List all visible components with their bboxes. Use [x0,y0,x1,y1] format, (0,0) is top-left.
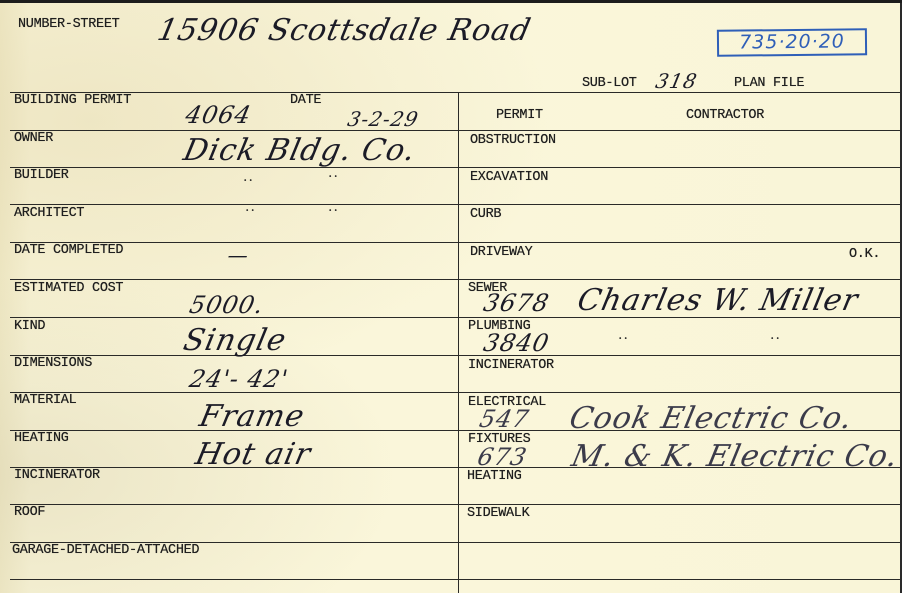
plumbing-ditto-1: ·· [618,331,629,347]
heating-value: Hot air [192,437,314,472]
plan-file-label: PLAN FILE [734,76,804,91]
dimensions-value: 24'- 42' [187,365,291,393]
roof-label: ROOF [14,505,45,520]
architect-ditto-2: ·· [328,203,339,219]
plumbing-ditto-2: ·· [770,331,781,347]
estimated-cost-label: ESTIMATED COST [14,281,123,296]
contractor-column-header: CONTRACTOR [686,108,764,123]
architect-ditto-1: ·· [245,203,256,219]
rule-line [10,279,900,280]
address-value: 15906 Scottsdale Road [154,13,534,48]
sub-lot-label: SUB-LOT [582,76,637,91]
plumbing-permit-number: 3840 [481,329,552,357]
permit-column-header: PERMIT [496,108,543,123]
sub-lot-value: 318 [653,69,699,93]
owner-label: OWNER [14,131,53,146]
rule-line [10,392,900,393]
date-completed-value: — [225,243,251,267]
date-label: DATE [290,93,321,108]
rule-line [10,242,900,243]
rule-line [10,167,900,168]
heating-label: HEATING [14,431,69,446]
plan-number-stamp: 735·20·20 [717,28,867,57]
building-permit-label: BUILDING PERMIT [14,93,131,108]
kind-value: Single [180,323,289,358]
driveway-label: DRIVEWAY [470,245,532,260]
sidewalk-label: SIDEWALK [467,506,529,521]
electrical-permit-number: 547 [477,405,532,433]
electrical-contractor: Cook Electric Co. [566,401,856,436]
curb-label: CURB [470,207,501,222]
sewer-permit-number: 3678 [481,289,552,317]
owner-value: Dick Bldg. Co. [180,133,419,168]
driveway-status: O.K. [849,247,880,262]
rule-line [10,355,900,356]
number-street-label: NUMBER-STREET [18,17,119,32]
architect-label: ARCHITECT [14,206,84,221]
garage-label: GARAGE-DETACHED-ATTACHED [12,543,199,558]
kind-label: KIND [14,319,45,334]
rule-line [10,504,900,505]
rule-line [10,92,900,93]
rule-line [10,130,900,131]
rule-line [10,204,900,205]
builder-ditto-2: ·· [328,169,339,185]
builder-label: BUILDER [14,168,69,183]
fixtures-contractor: M. & K. Electric Co. [568,439,901,474]
permit-card: NUMBER-STREET 15906 Scottsdale Road 735·… [0,0,902,593]
sewer-contractor: Charles W. Miller [574,283,861,318]
rule-line [10,579,900,580]
builder-ditto-1: ·· [243,173,254,189]
material-value: Frame [196,399,308,434]
incinerator-label: INCINERATOR [14,468,100,483]
dimensions-label: DIMENSIONS [14,356,92,371]
obstruction-label: OBSTRUCTION [470,133,556,148]
column-divider [458,92,459,593]
building-permit-value: 4064 [183,101,254,129]
incinerator-right-label: INCINERATOR [468,358,554,373]
fixtures-permit-number: 673 [475,443,530,471]
material-label: MATERIAL [14,393,76,408]
heating-right-label: HEATING [467,469,522,484]
date-value: 3-2-29 [345,107,421,131]
excavation-label: EXCAVATION [470,170,548,185]
estimated-cost-value: 5000. [187,291,267,319]
date-completed-label: DATE COMPLETED [14,243,123,258]
